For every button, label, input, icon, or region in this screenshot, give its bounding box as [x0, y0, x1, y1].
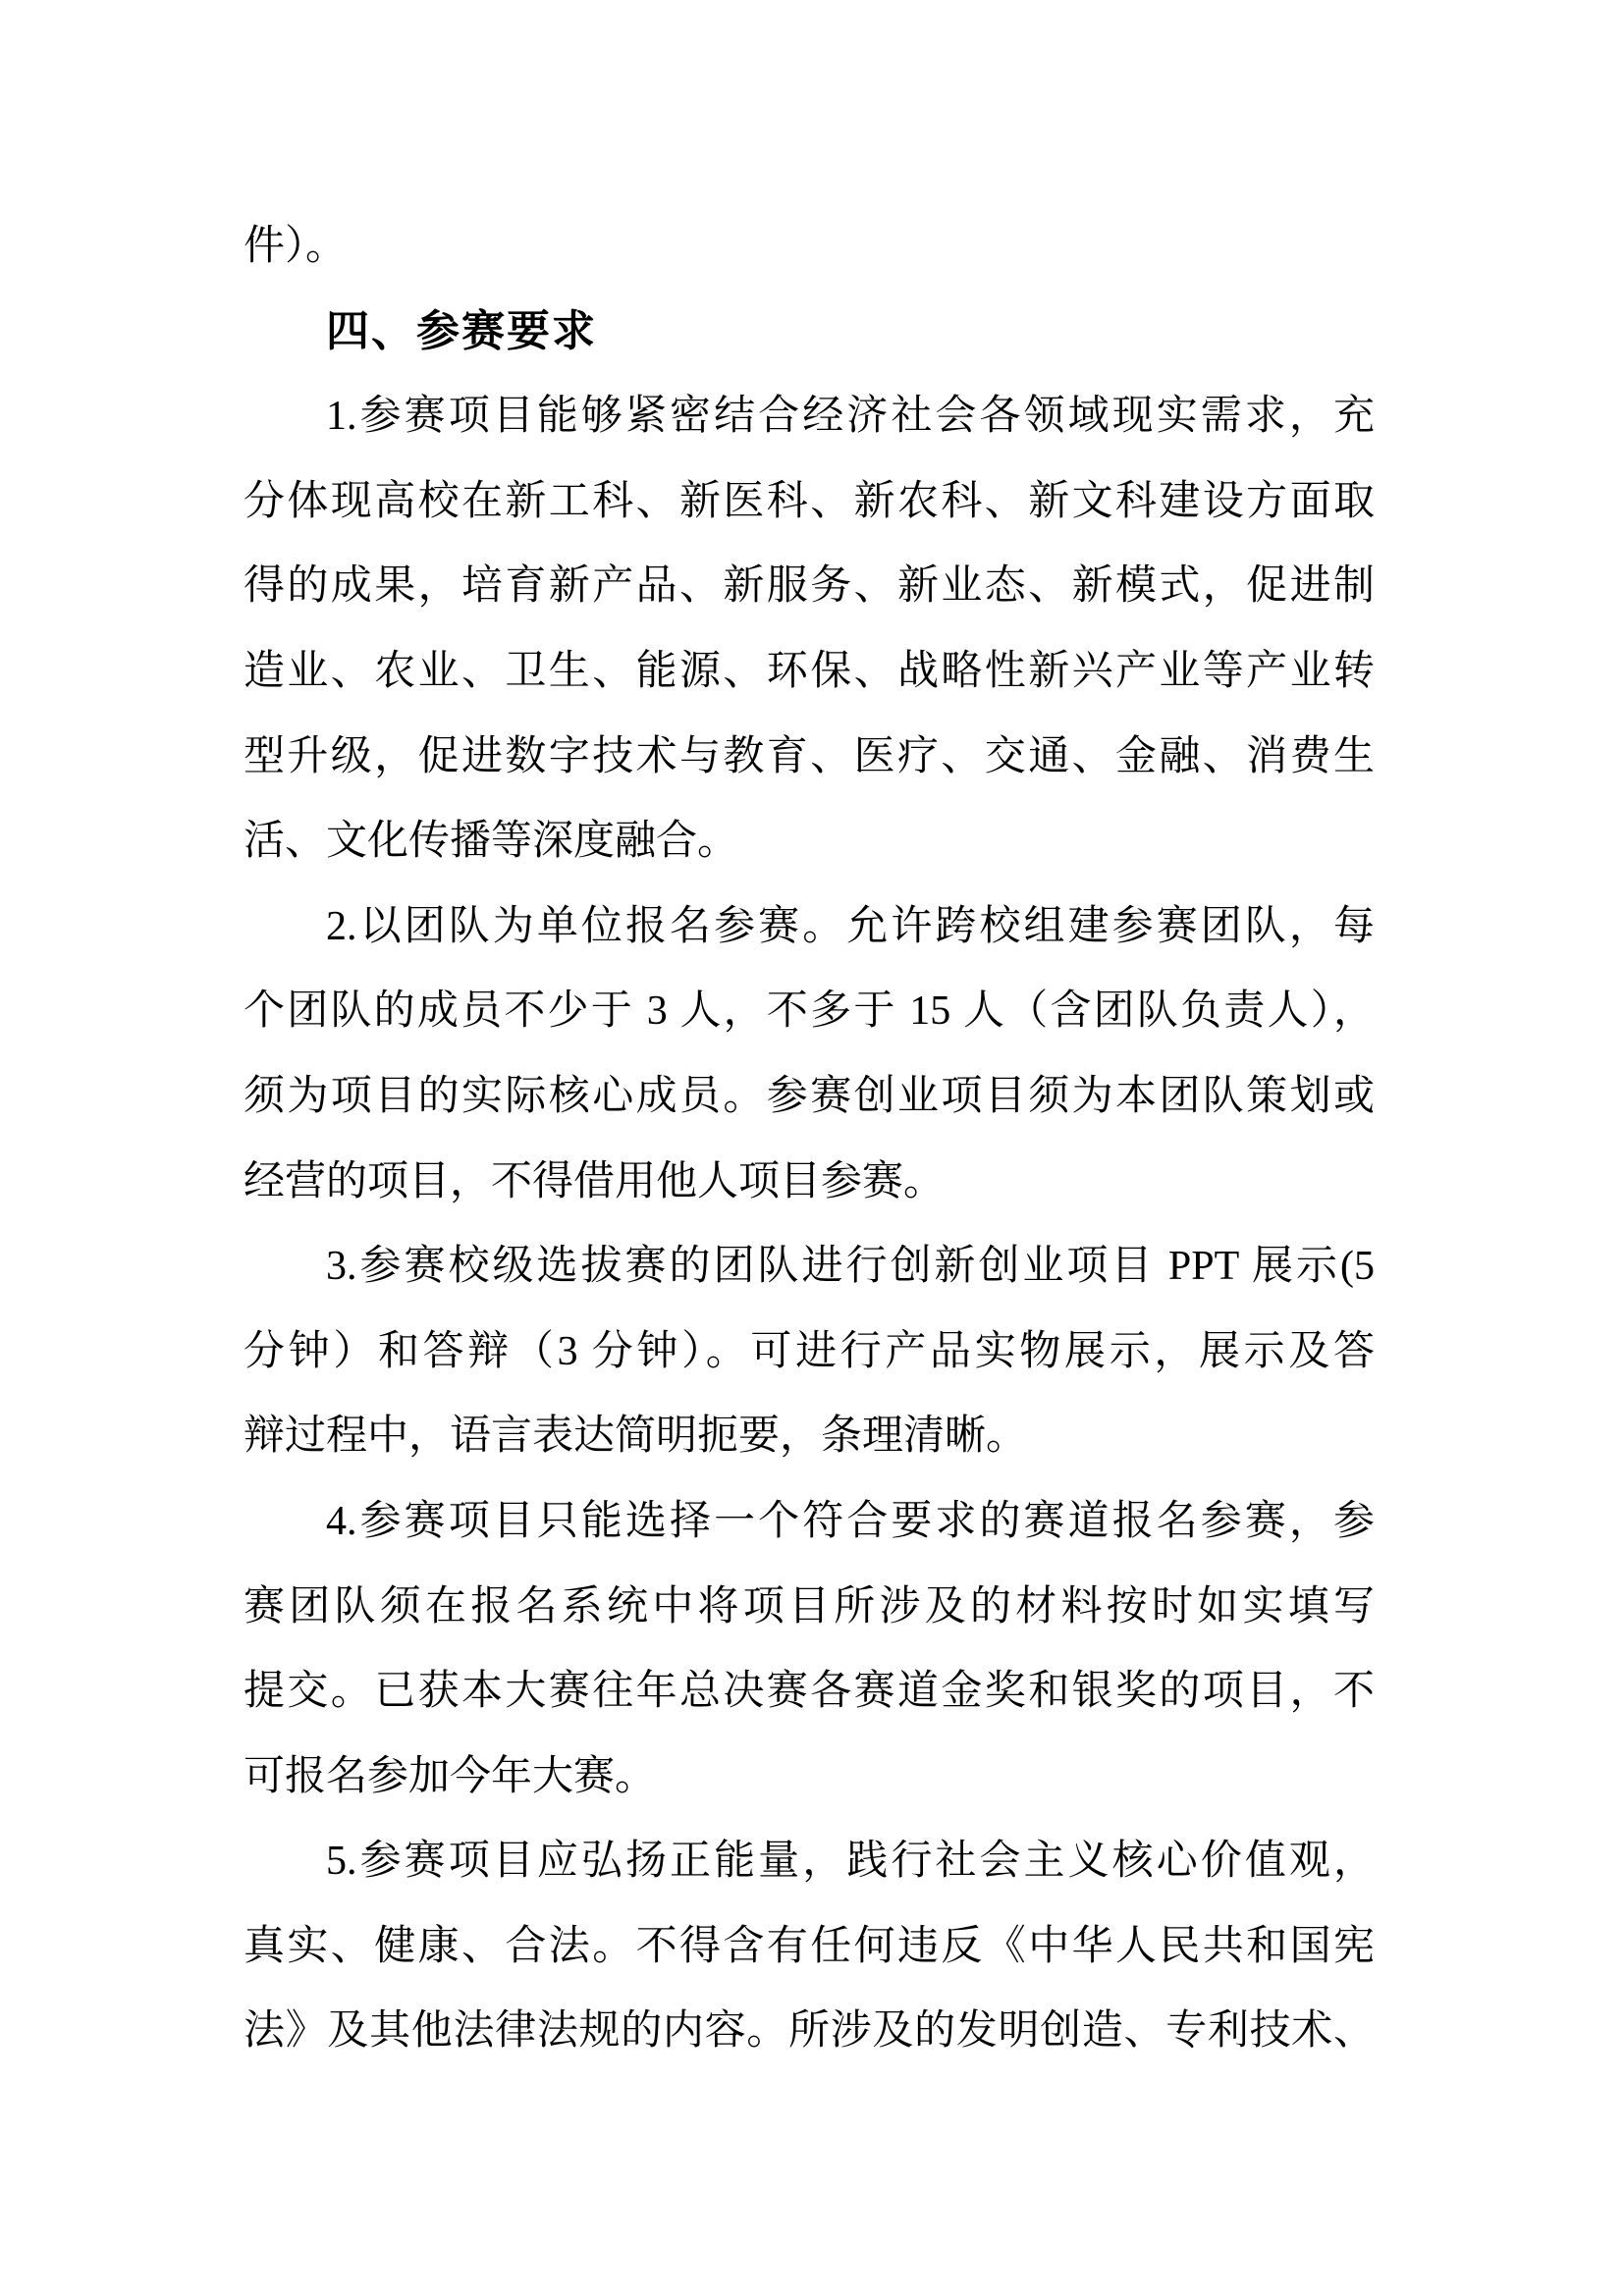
document-line: 型升级，促进数字技术与教育、医疗、交通、金融、消费生	[244, 715, 1375, 800]
document-line: 2.以团队为单位报名参赛。允许跨校组建参赛团队，每	[244, 884, 1375, 970]
document-line: 3.参赛校级选拔赛的团队进行创新创业项目 PPT 展示(5	[244, 1224, 1375, 1309]
document-line: 法》及其他法律法规的内容。所涉及的发明创造、专利技术、	[244, 1989, 1375, 2074]
document-line: 1.参赛项目能够紧密结合经济社会各领域现实需求，充	[244, 374, 1375, 459]
document-line: 真实、健康、合法。不得含有任何违反《中华人民共和国宪	[244, 1904, 1375, 1990]
document-line: 件）。	[244, 204, 1375, 290]
document-line: 分体现高校在新工科、新医科、新农科、新文科建设方面取	[244, 459, 1375, 545]
section-heading: 四、参赛要求	[244, 290, 1375, 375]
document-line: 分钟）和答辩（3 分钟）。可进行产品实物展示，展示及答	[244, 1309, 1375, 1395]
document-line: 经营的项目，不得借用他人项目参赛。	[244, 1140, 1375, 1225]
document-line: 5.参赛项目应弘扬正能量，践行社会主义核心价值观，	[244, 1819, 1375, 1904]
document-line: 个团队的成员不少于 3 人，不多于 15 人（含团队负责人），	[244, 969, 1375, 1054]
document-line: 可报名参加今年大赛。	[244, 1735, 1375, 1820]
document-line: 得的成果，培育新产品、新服务、新业态、新模式，促进制	[244, 544, 1375, 629]
document-page: 件）。四、参赛要求1.参赛项目能够紧密结合经济社会各领域现实需求，充分体现高校在…	[0, 0, 1624, 2296]
document-line: 辩过程中，语言表达简明扼要，条理清晰。	[244, 1394, 1375, 1479]
document-line: 活、文化传播等深度融合。	[244, 799, 1375, 884]
document-line: 4.参赛项目只能选择一个符合要求的赛道报名参赛，参	[244, 1479, 1375, 1565]
document-text-block: 件）。四、参赛要求1.参赛项目能够紧密结合经济社会各领域现实需求，充分体现高校在…	[244, 204, 1375, 2074]
document-line: 造业、农业、卫生、能源、环保、战略性新兴产业等产业转	[244, 629, 1375, 715]
document-line: 提交。已获本大赛往年总决赛各赛道金奖和银奖的项目，不	[244, 1649, 1375, 1735]
document-line: 须为项目的实际核心成员。参赛创业项目须为本团队策划或	[244, 1054, 1375, 1140]
document-line: 赛团队须在报名系统中将项目所涉及的材料按时如实填写	[244, 1565, 1375, 1650]
